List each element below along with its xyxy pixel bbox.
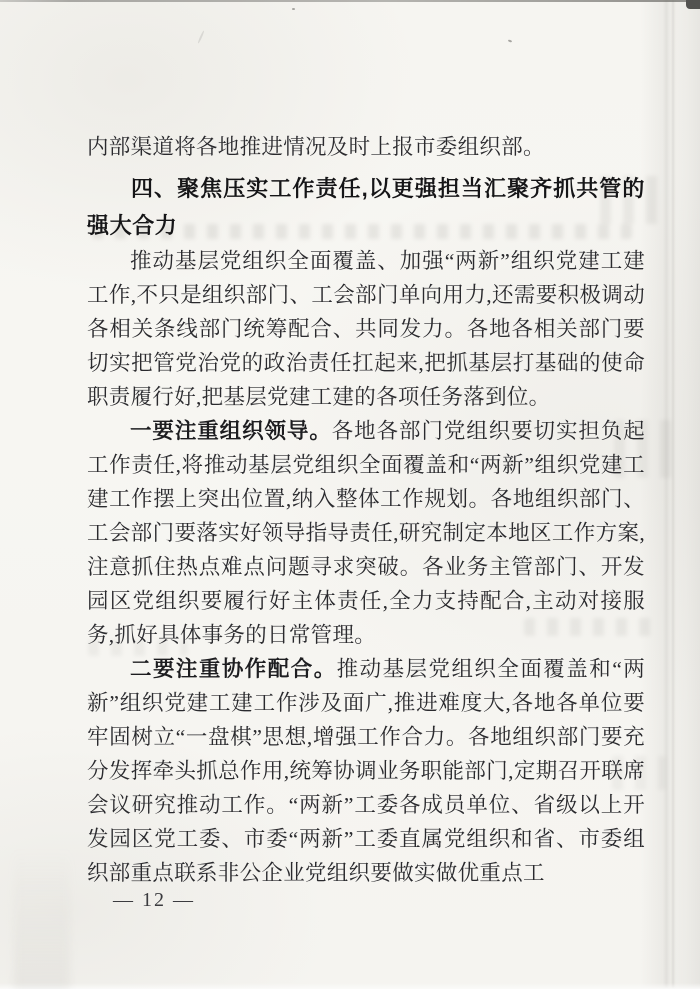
paragraph-text: 各地各部门党组织要切实担负起工作责任,将推动基层党组织全面覆盖和“两新”组织党建…: [87, 419, 645, 647]
paragraph: 推动基层党组织全面覆盖、加强“两新”组织党建工建工作,不只是组织部门、工会部门单…: [87, 244, 645, 414]
paragraph-lead: 二要注重协作配合。: [130, 657, 337, 681]
scan-speck: [292, 8, 295, 10]
paragraph-text: 推动基层党组织全面覆盖和“两新”组织党建工建工作涉及面广,推进难度大,各地各单位…: [87, 657, 645, 885]
page-number: — 12 —: [113, 889, 195, 912]
scan-bottom-edge: [0, 983, 700, 989]
section-heading: 四、聚焦压实工作责任,以更强担当汇聚齐抓共管的强大合力: [87, 170, 645, 244]
paragraph: 一要注重组织领导。各地各部门党组织要切实担负起工作责任,将推动基层党组织全面覆盖…: [87, 414, 645, 652]
scan-streak: [14, 849, 70, 989]
page-edge-shadow: [640, 0, 700, 989]
page-edge-crease: [672, 0, 674, 989]
scan-speck: [197, 30, 205, 44]
paragraph-text: 推动基层党组织全面覆盖、加强“两新”组织党建工建工作,不只是组织部门、工会部门单…: [87, 249, 645, 409]
intro-line: 内部渠道将各地推进情况及时上报市委组织部。: [87, 130, 645, 164]
paragraph: 二要注重协作配合。推动基层党组织全面覆盖和“两新”组织党建工建工作涉及面广,推进…: [87, 652, 645, 890]
scan-top-edge: [0, 0, 700, 2]
document-body: 内部渠道将各地推进情况及时上报市委组织部。 四、聚焦压实工作责任,以更强担当汇聚…: [87, 130, 645, 890]
paragraph-lead: 一要注重组织领导。: [130, 419, 332, 443]
scanned-document-page: 内部渠道将各地推进情况及时上报市委组织部。 四、聚焦压实工作责任,以更强担当汇聚…: [0, 0, 700, 989]
scan-speck: [508, 39, 512, 42]
